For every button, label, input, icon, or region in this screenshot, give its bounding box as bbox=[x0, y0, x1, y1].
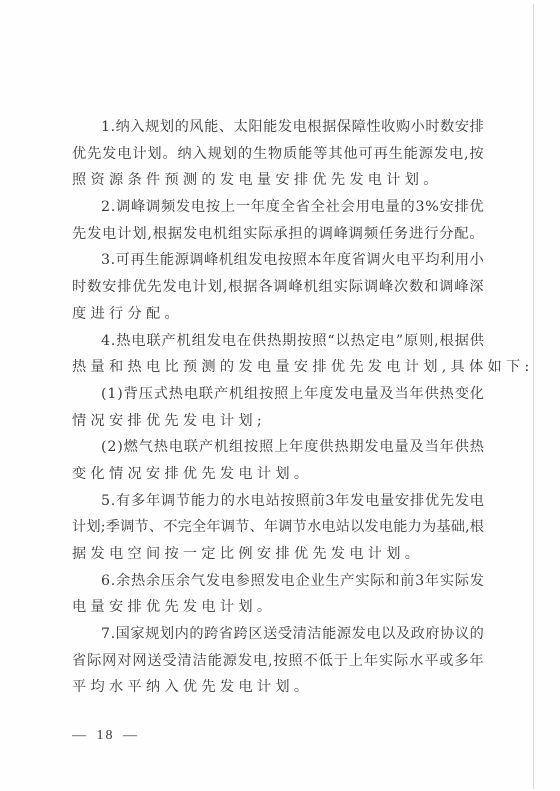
subitem-2-line-1: (2)燃气热电联产机组按照上年度供热期发电量及当年供热 bbox=[72, 434, 484, 461]
paragraph-3-line-2: 时数安排优先发电计划,根据各调峰机组实际调峰次数和调峰深 bbox=[72, 274, 484, 301]
paragraph-7-line-2: 省际网对网送受清洁能源发电,按照不低于上年实际水平或多年 bbox=[72, 648, 484, 675]
paragraph-1-line-1: 1.纳入规划的风能、太阳能发电根据保障性收购小时数安排 bbox=[72, 114, 484, 141]
subitem-1-line-2: 情况安排优先发电计划; bbox=[72, 408, 484, 435]
paragraph-2-line-2: 先发电计划,根据发电机组实际承担的调峰调频任务进行分配。 bbox=[72, 221, 484, 248]
paragraph-7-line-1: 7.国家规划内的跨省跨区送受清洁能源发电以及政府协议的 bbox=[72, 621, 484, 648]
page-edge-line bbox=[533, 4, 534, 789]
paragraph-1-line-3: 照资源条件预测的发电量安排优先发电计划。 bbox=[72, 167, 484, 194]
paragraph-5-line-3: 据发电空间按一定比例安排优先发电计划。 bbox=[72, 541, 484, 568]
paragraph-4-line-2: 热量和热电比预测的发电量安排优先发电计划,具体如下: bbox=[72, 354, 484, 381]
document-body: 1.纳入规划的风能、太阳能发电根据保障性收购小时数安排 优先发电计划。纳入规划的… bbox=[72, 114, 484, 701]
document-page: 1.纳入规划的风能、太阳能发电根据保障性收购小时数安排 优先发电计划。纳入规划的… bbox=[0, 0, 560, 791]
paragraph-1-line-2: 优先发电计划。纳入规划的生物质能等其他可再生能源发电,按 bbox=[72, 141, 484, 168]
paragraph-3-line-1: 3.可再生能源调峰机组发电按照本年度省调火电平均利用小 bbox=[72, 247, 484, 274]
paragraph-6-line-2: 电量安排优先发电计划。 bbox=[72, 594, 484, 621]
paragraph-4-line-1: 4.热电联产机组发电在供热期按照“以热定电”原则,根据供 bbox=[72, 328, 484, 355]
subitem-1-line-1: (1)背压式热电联产机组按照上年度发电量及当年供热变化 bbox=[72, 381, 484, 408]
paragraph-5-line-2: 计划;季调节、不完全年调节、年调节水电站以发电能力为基础,根 bbox=[72, 514, 484, 541]
paragraph-3-line-3: 度进行分配。 bbox=[72, 301, 484, 328]
paragraph-2-line-1: 2.调峰调频发电按上一年度全省全社会用电量的3%安排优 bbox=[72, 194, 484, 221]
page-number: — 18 — bbox=[72, 728, 139, 744]
paragraph-5-line-1: 5.有多年调节能力的水电站按照前3年发电量安排优先发电 bbox=[72, 488, 484, 515]
paragraph-6-line-1: 6.余热余压余气发电参照发电企业生产实际和前3年实际发 bbox=[72, 568, 484, 595]
paragraph-7-line-3: 平均水平纳入优先发电计划。 bbox=[72, 674, 484, 701]
subitem-2-line-2: 变化情况安排优先发电计划。 bbox=[72, 461, 484, 488]
